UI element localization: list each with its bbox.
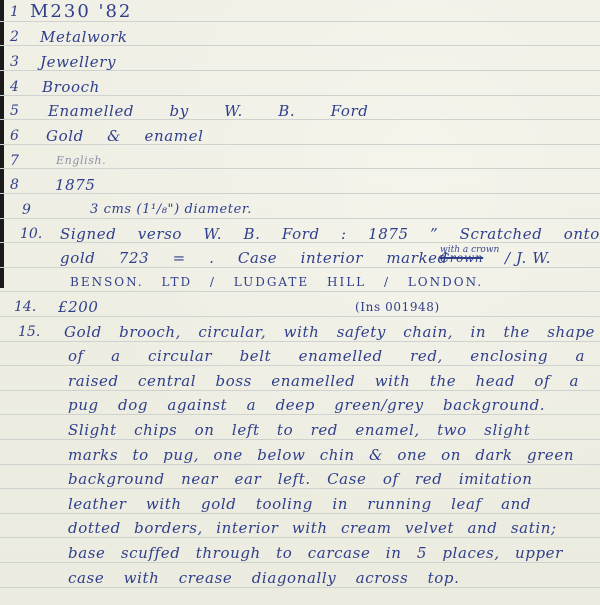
field-number: 8	[10, 173, 36, 197]
description-line: pug dog against a deep green/grey backgr…	[68, 393, 545, 417]
valuation: £200	[58, 295, 99, 319]
insurance-note: (Ins 001948)	[355, 295, 440, 319]
object-name: Brooch	[42, 75, 100, 99]
museum-number: M230 '82	[30, 0, 132, 24]
description-line: of a circular belt enamelled red, enclos…	[68, 344, 585, 368]
field-number: 4	[10, 75, 36, 99]
description-line: Slight chips on left to red enamel, two …	[68, 418, 530, 442]
field-14: 14. £200 (Ins 001948)	[0, 295, 600, 319]
inscription-line: gold 723 = . Case interior marked	[60, 246, 448, 270]
field-number: 9	[22, 198, 48, 222]
field-number: 5	[10, 99, 36, 123]
catalogue-page: 1 M230 '82 2 Metalwork 3 Jewellery 4 Bro…	[0, 0, 600, 605]
description-line: marks to pug, one below chin & one on da…	[68, 443, 574, 467]
field-number: 3	[10, 50, 36, 74]
field-10-line-2: gold 723 = . Case interior marked with a…	[0, 246, 600, 270]
department: Metalwork	[40, 25, 128, 49]
description-line: background near ear left. Case of red im…	[68, 467, 533, 491]
description-line: base scuffed through to carcase in 5 pla…	[68, 541, 563, 565]
inscription-line: BENSON. LTD / LUDGATE HILL / LONDON.	[70, 270, 483, 294]
struck-text: Crown	[440, 246, 483, 270]
field-number: 7	[10, 149, 36, 173]
description-line: dotted borders, interior with cream velv…	[68, 516, 557, 540]
category: Jewellery	[40, 50, 116, 74]
field-number: 10.	[20, 222, 46, 246]
field-number: 2	[10, 25, 36, 49]
dimensions: 3 cms (1¹/₈") diameter.	[90, 198, 252, 222]
field-number: 15.	[18, 320, 44, 344]
description-line: raised central boss enamelled with the h…	[68, 369, 579, 393]
materials: Gold & enamel	[46, 124, 203, 148]
maker: Enamelled by W. B. Ford	[48, 99, 368, 123]
place-of-origin: English.	[56, 149, 106, 173]
field-number: 14.	[14, 295, 40, 319]
inscription-line: Signed verso W. B. Ford : 1875 ” Scratch…	[60, 222, 600, 246]
description-line: leather with gold tooling in running lea…	[68, 492, 531, 516]
description-line: case with crease diagonally across top.	[68, 566, 459, 590]
description-line: Gold brooch, circular, with safety chain…	[64, 320, 595, 344]
field-number: 6	[10, 124, 36, 148]
inscription-line-tail: / J. W.	[505, 246, 551, 270]
date: 1875	[55, 173, 96, 197]
